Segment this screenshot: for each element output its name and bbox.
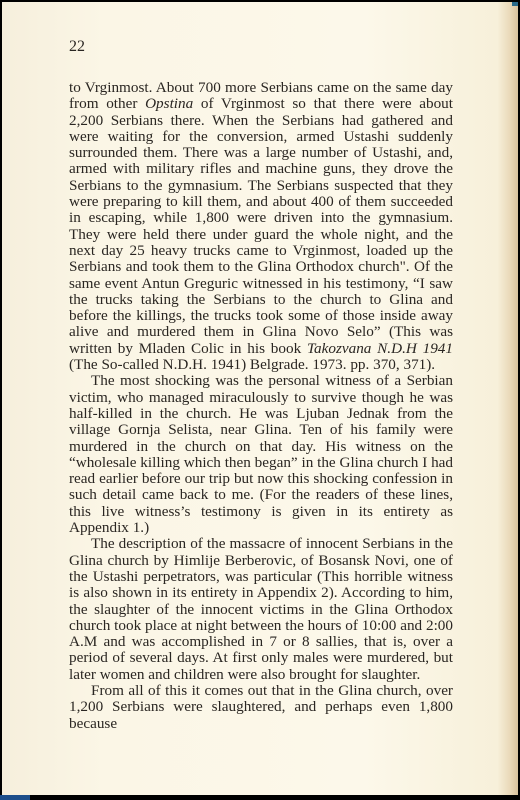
paragraph: to Vrginmost. About 700 more Serbians ca… [69, 80, 453, 373]
scan-edge-mark [0, 795, 30, 800]
body-text: to Vrginmost. About 700 more Serbians ca… [69, 80, 453, 732]
italic-text: Opstina [145, 95, 193, 112]
text-segment: The most shocking was the personal witne… [69, 372, 453, 536]
italic-text: Takozvana N.D.H 1941 [307, 340, 453, 357]
text-segment: From all of this it comes out that in th… [69, 682, 453, 732]
page-edge-mark [512, 2, 518, 6]
paragraph: From all of this it comes out that in th… [69, 683, 453, 732]
book-page: 22 to Vrginmost. About 700 more Serbians… [2, 2, 518, 795]
page-number: 22 [69, 38, 85, 56]
text-segment: The description of the massacre of innoc… [69, 535, 453, 682]
text-segment: (The So-called N.D.H. 1941) Belgrade. 19… [69, 356, 435, 373]
paragraph: The description of the massacre of innoc… [69, 536, 453, 683]
text-segment: of Vrginmost so that there were about 2,… [69, 95, 453, 356]
paragraph: The most shocking was the personal witne… [69, 373, 453, 536]
